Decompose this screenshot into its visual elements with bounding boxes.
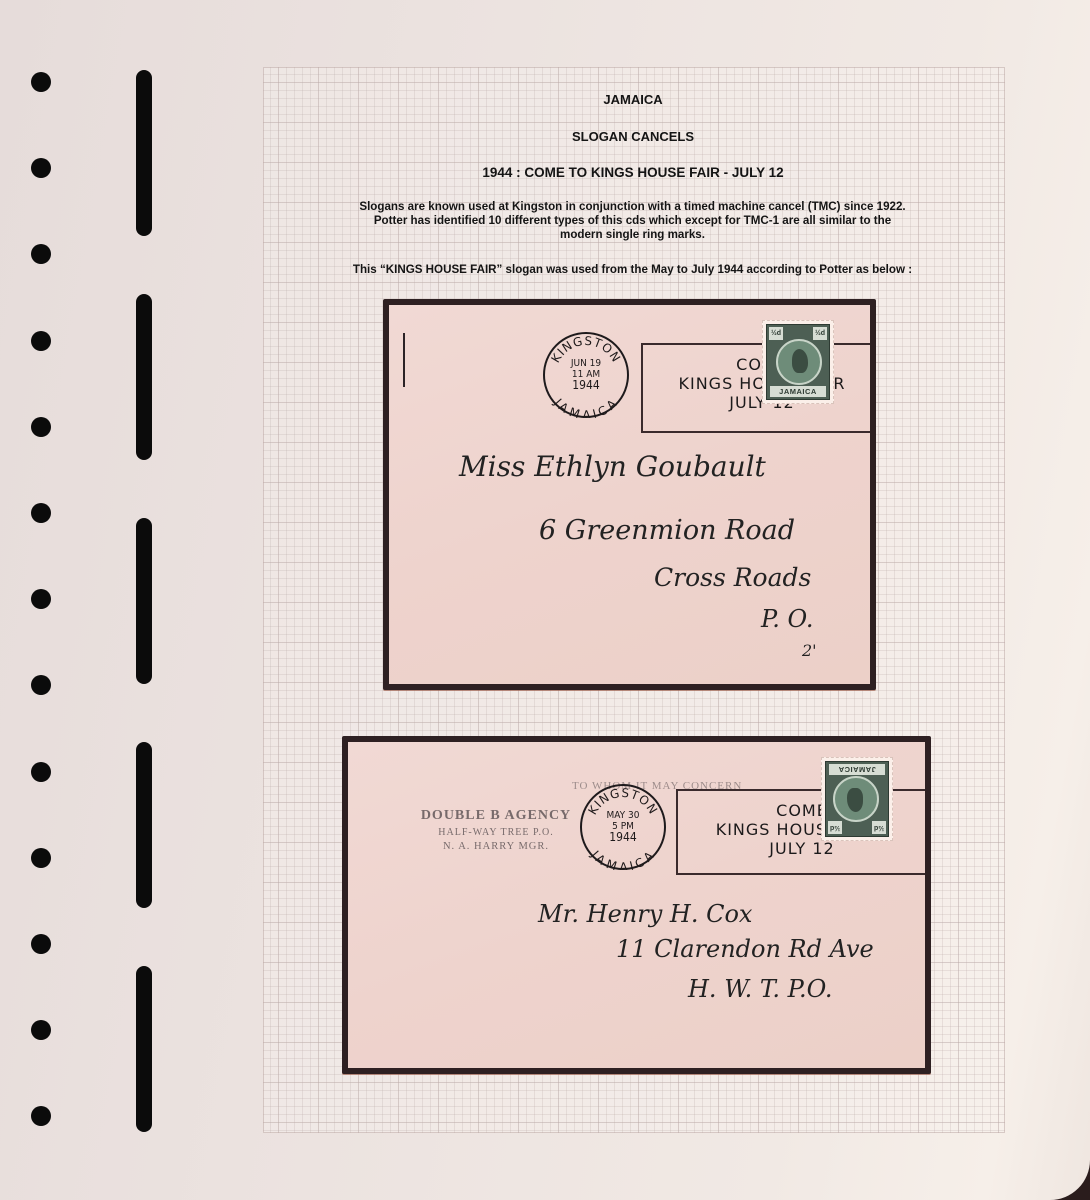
stamp-country: JAMAICA — [829, 764, 885, 775]
svg-text:JAMAICA: JAMAICA — [551, 395, 620, 418]
address-line: H. W. T. P.O. — [688, 975, 832, 1003]
cover-2[interactable]: TO WHOM IT MAY CONCERN DOUBLE B AGENCY H… — [348, 742, 925, 1068]
binder-hole — [31, 503, 51, 523]
cover-mount-2: TO WHOM IT MAY CONCERN DOUBLE B AGENCY H… — [342, 736, 931, 1074]
binder-hole — [31, 244, 51, 264]
page-section: SLOGAN CANCELS — [263, 129, 1003, 144]
stamp-value: ½d — [872, 821, 886, 834]
cds-date: MAY 30 — [582, 810, 664, 821]
stamp-value: ½d — [813, 327, 827, 340]
intro-line: Slogans are known used at Kingston in co… — [300, 200, 965, 214]
agency-location: HALF-WAY TREE P.O. — [406, 827, 586, 838]
address-line: P. O. — [761, 605, 813, 633]
king-portrait-icon — [776, 339, 822, 385]
svg-text:JAMAICA: JAMAICA — [588, 847, 657, 870]
address-line: 11 Clarendon Rd Ave — [616, 935, 874, 963]
intro-line: Potter has identified 10 different types… — [300, 214, 965, 228]
slogan-line: JULY 12 — [643, 393, 870, 412]
address-line: Cross Roads — [654, 563, 811, 592]
address-line: 2' — [802, 641, 817, 660]
cds-date: JUN 19 — [545, 358, 627, 369]
binder-hole — [31, 72, 51, 92]
stamp-value: ½d — [769, 327, 783, 340]
binder-hole — [31, 848, 51, 868]
binder-hole — [31, 589, 51, 609]
postage-stamp[interactable]: ½d ½d JAMAICA — [762, 320, 834, 404]
address-line: 6 Greenmion Road — [539, 515, 795, 546]
agency-manager: N. A. HARRY MGR. — [406, 841, 586, 852]
page-country: JAMAICA — [263, 92, 1003, 107]
binder-hole — [31, 1020, 51, 1040]
slogan-cancel: COME KINGS HOUSE FAIR JULY 12 — [641, 343, 870, 433]
binder-hole — [31, 417, 51, 437]
binder-hole — [31, 1106, 51, 1126]
page-title: 1944 : COME TO KINGS HOUSE FAIR - JULY 1… — [263, 165, 1003, 180]
slogan-line: COME — [643, 355, 870, 374]
binder-slot — [136, 742, 152, 908]
album-page: JAMAICA SLOGAN CANCELS 1944 : COME TO KI… — [0, 0, 1090, 1200]
binder-slot — [136, 294, 152, 460]
king-portrait-icon — [833, 776, 879, 822]
binder-hole — [31, 934, 51, 954]
intro-text: Slogans are known used at Kingston in co… — [300, 200, 965, 242]
stamp-value: ½d — [828, 821, 842, 834]
kingston-cds: KINGSTON JAMAICA JUN 19 11 AM 1944 — [543, 332, 629, 418]
kingston-cds: KINGSTON JAMAICA MAY 30 5 PM 1944 — [580, 784, 666, 870]
machine-cancel-edge — [403, 333, 405, 387]
binder-slot — [136, 70, 152, 236]
intro-line: modern single ring marks. — [300, 228, 965, 242]
cds-year: 1944 — [582, 832, 664, 843]
usage-note: This “KINGS HOUSE FAIR” slogan was used … — [300, 263, 965, 276]
address-line: Mr. Henry H. Cox — [538, 900, 752, 928]
binder-slot — [136, 518, 152, 684]
binder-slot — [136, 966, 152, 1132]
binder-hole — [31, 331, 51, 351]
agency-name: DOUBLE B AGENCY — [406, 808, 586, 824]
address-line: Miss Ethlyn Goubault — [459, 450, 766, 483]
postage-stamp-inverted[interactable]: ½d ½d JAMAICA — [821, 757, 893, 841]
cover-1[interactable]: KINGSTON JAMAICA JUN 19 11 AM 1944 COME … — [389, 305, 870, 684]
stamp-country: JAMAICA — [770, 386, 826, 397]
binder-hole — [31, 158, 51, 178]
agency-handstamp: DOUBLE B AGENCY HALF-WAY TREE P.O. N. A.… — [406, 808, 586, 852]
binder-hole — [31, 762, 51, 782]
slogan-line: KINGS HOUSE FAIR — [643, 374, 870, 393]
cover-mount-1: KINGSTON JAMAICA JUN 19 11 AM 1944 COME … — [383, 299, 876, 690]
binder-hole — [31, 675, 51, 695]
slogan-line: JULY 12 — [678, 839, 925, 858]
cds-year: 1944 — [545, 380, 627, 391]
